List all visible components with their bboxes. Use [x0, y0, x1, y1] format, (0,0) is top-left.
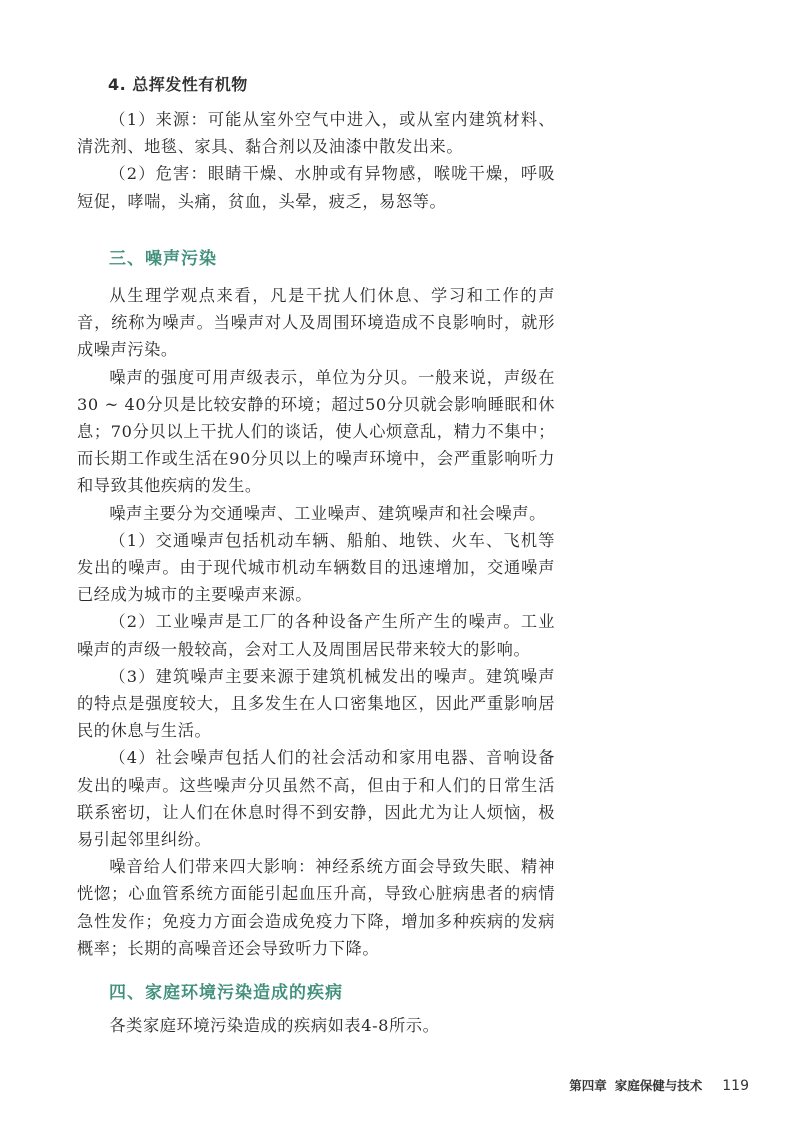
section-heading-diseases: 四、家庭环境污染造成的疾病 [109, 978, 343, 1003]
footer-chapter: 第四章 [569, 1076, 607, 1094]
disease-table-reference: 各类家庭环境污染造成的疾病如表4-8所示。 [77, 1012, 555, 1039]
noise-content: 从生理学观点来看，凡是干扰人们休息、学习和工作的声音，统称为噪声。当噪声对人及周… [77, 282, 555, 962]
noise-types-paragraph: 噪声主要分为交通噪声、工业噪声、建筑噪声和社会噪声。 [77, 500, 555, 527]
footer-chapter-title: 家庭保健与技术 [615, 1076, 703, 1094]
page-number: 119 [722, 1078, 749, 1094]
page-footer: 第四章 家庭保健与技术 119 [569, 1076, 749, 1094]
tvoc-hazard-paragraph: （2）危害：眼睛干燥、水肿或有异物感，喉咙干燥，呼吸短促，哮喘，头痛，贫血，头晕… [77, 160, 555, 214]
noise-intensity-paragraph: 噪声的强度可用声级表示，单位为分贝。一般来说，声级在30 ~ 40分贝是比较安静… [77, 364, 555, 500]
tvoc-source-paragraph: （1）来源：可能从室外空气中进入，或从室内建筑材料、清洗剂、地毯、家具、黏合剂以… [77, 106, 555, 160]
section-heading-noise: 三、噪声污染 [109, 244, 217, 269]
social-noise-paragraph: （4）社会噪声包括人们的社会活动和家用电器、音响设备发出的噪声。这些噪声分贝虽然… [77, 744, 555, 853]
tvoc-content: （1）来源：可能从室外空气中进入，或从室内建筑材料、清洗剂、地毯、家具、黏合剂以… [77, 106, 555, 215]
subsection-heading-tvoc: 4. 总挥发性有机物 [108, 72, 248, 95]
noise-effects-paragraph: 噪音给人们带来四大影响：神经系统方面会导致失眠、精神恍惚；心血管系统方面能引起血… [77, 853, 555, 962]
noise-definition-paragraph: 从生理学观点来看，凡是干扰人们休息、学习和工作的声音，统称为噪声。当噪声对人及周… [77, 282, 555, 364]
industrial-noise-paragraph: （2）工业噪声是工厂的各种设备产生所产生的噪声。工业噪声的声级一般较高，会对工人… [77, 608, 555, 662]
disease-content: 各类家庭环境污染造成的疾病如表4-8所示。 [77, 1012, 555, 1039]
construction-noise-paragraph: （3）建筑噪声主要来源于建筑机械发出的噪声。建筑噪声的特点是强度较大，且多发生在… [77, 663, 555, 745]
traffic-noise-paragraph: （1）交通噪声包括机动车辆、船舶、地铁、火车、飞机等发出的噪声。由于现代城市机动… [77, 527, 555, 609]
